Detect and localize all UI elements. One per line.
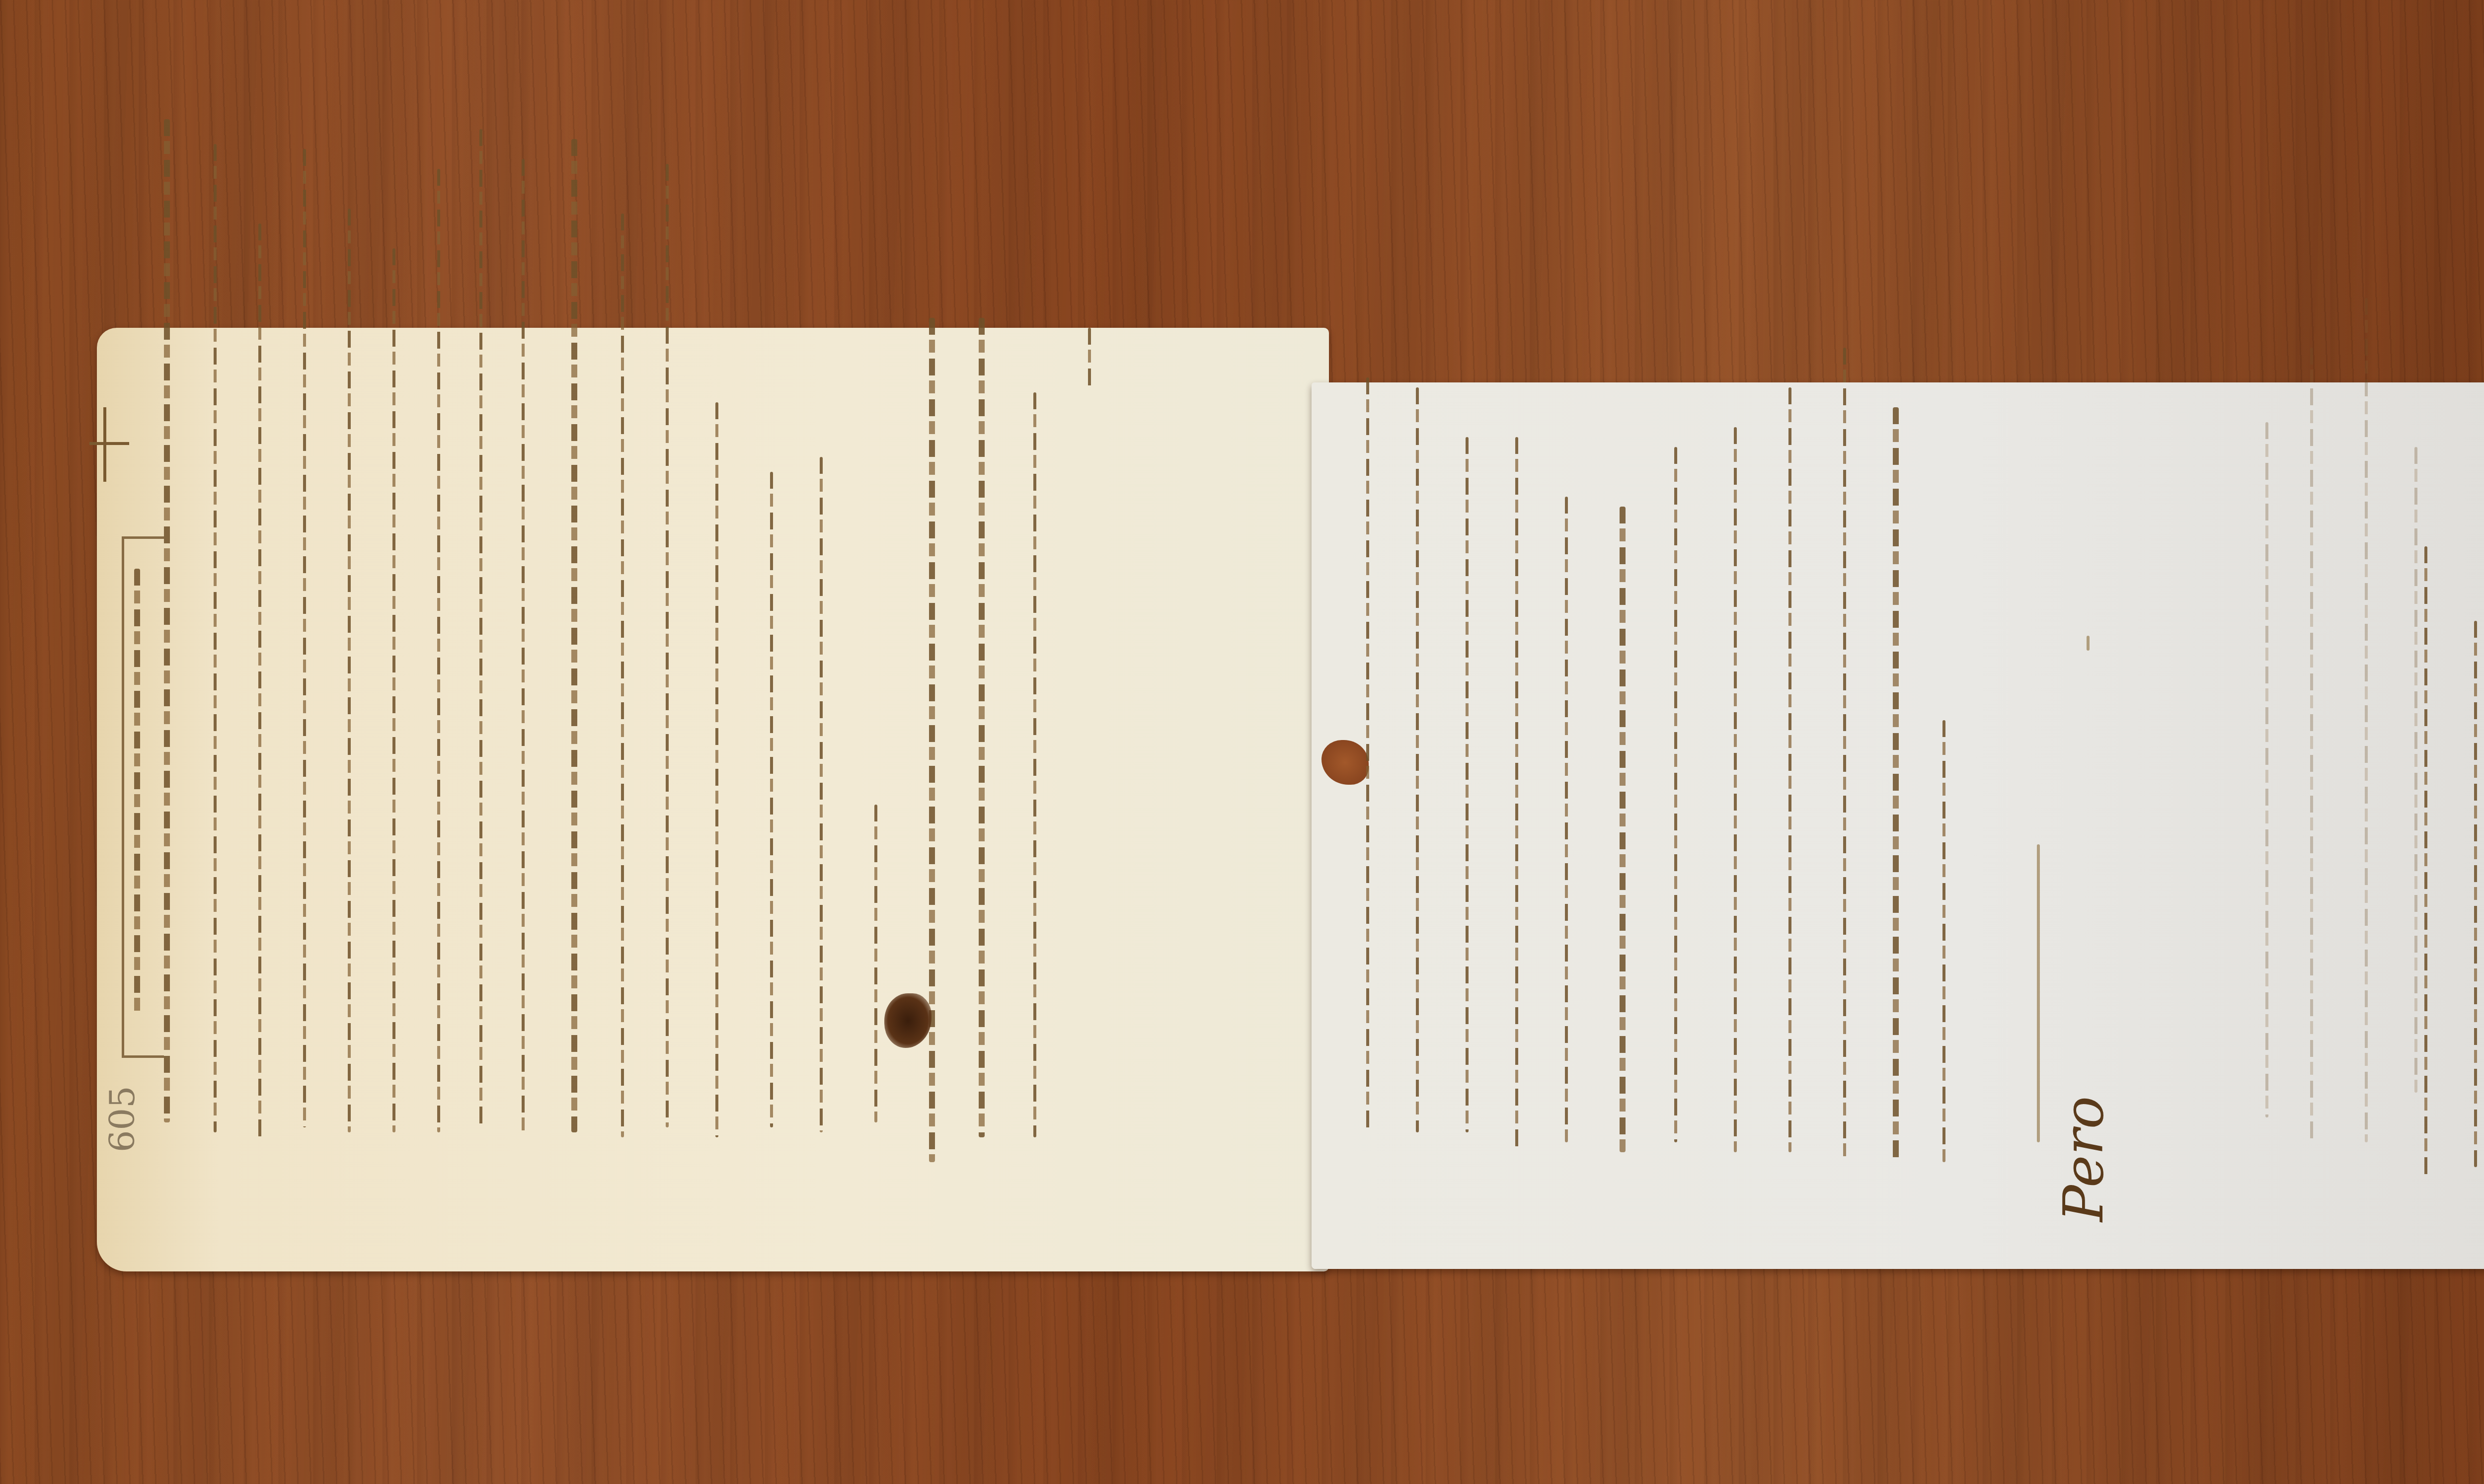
manuscript-line bbox=[1843, 348, 1846, 1162]
manuscript-line bbox=[1674, 447, 1677, 1142]
separator-rule bbox=[2037, 844, 2040, 1142]
manuscript-line bbox=[1788, 387, 1791, 1152]
manuscript-line bbox=[437, 169, 440, 1132]
cross-mark-icon bbox=[89, 442, 129, 445]
manuscript-line bbox=[666, 164, 669, 1127]
manuscript-line bbox=[522, 159, 525, 1132]
manuscript-line bbox=[1033, 392, 1036, 1137]
manuscript-line bbox=[1366, 377, 1369, 1132]
manuscript-line bbox=[1515, 437, 1518, 1147]
folio-number: 605 bbox=[102, 1086, 143, 1152]
manuscript-line bbox=[214, 144, 217, 1132]
bleed-through-line bbox=[2365, 298, 2368, 1142]
manuscript-line bbox=[2474, 621, 2477, 1167]
manuscript-line bbox=[715, 402, 718, 1137]
manuscript-line bbox=[929, 318, 935, 1162]
manuscript-line bbox=[348, 209, 351, 1132]
manuscript-line bbox=[258, 223, 261, 1137]
separator-rule bbox=[2087, 636, 2090, 651]
manuscript-line bbox=[979, 318, 985, 1137]
manuscript-line bbox=[1466, 437, 1469, 1132]
bleed-through-line bbox=[2310, 348, 2313, 1142]
manuscript-line bbox=[1942, 720, 1945, 1162]
manuscript-line bbox=[770, 472, 773, 1127]
manuscript-line bbox=[392, 248, 395, 1132]
manuscript-line bbox=[479, 129, 482, 1127]
manuscript-left-panel bbox=[97, 328, 1329, 1271]
manuscript-line bbox=[2424, 546, 2427, 1177]
manuscript-line bbox=[1565, 497, 1568, 1142]
header-title-box bbox=[122, 536, 164, 1058]
manuscript-line bbox=[1893, 407, 1899, 1162]
manuscript-line bbox=[1088, 328, 1091, 387]
signature-word: Pero bbox=[2052, 1096, 2115, 1222]
bleed-through-line bbox=[2414, 447, 2417, 1093]
bleed-through-line bbox=[2265, 422, 2268, 1117]
manuscript-line bbox=[621, 214, 624, 1137]
manuscript-line bbox=[820, 457, 823, 1132]
manuscript-line bbox=[1416, 387, 1419, 1132]
manuscript-line bbox=[571, 139, 577, 1132]
manuscript-line bbox=[303, 149, 306, 1127]
manuscript-line bbox=[1620, 507, 1626, 1152]
header-title-ink bbox=[134, 569, 140, 1016]
manuscript-line bbox=[1734, 427, 1737, 1152]
manuscript-line bbox=[164, 119, 170, 1122]
manuscript-line bbox=[874, 805, 877, 1122]
